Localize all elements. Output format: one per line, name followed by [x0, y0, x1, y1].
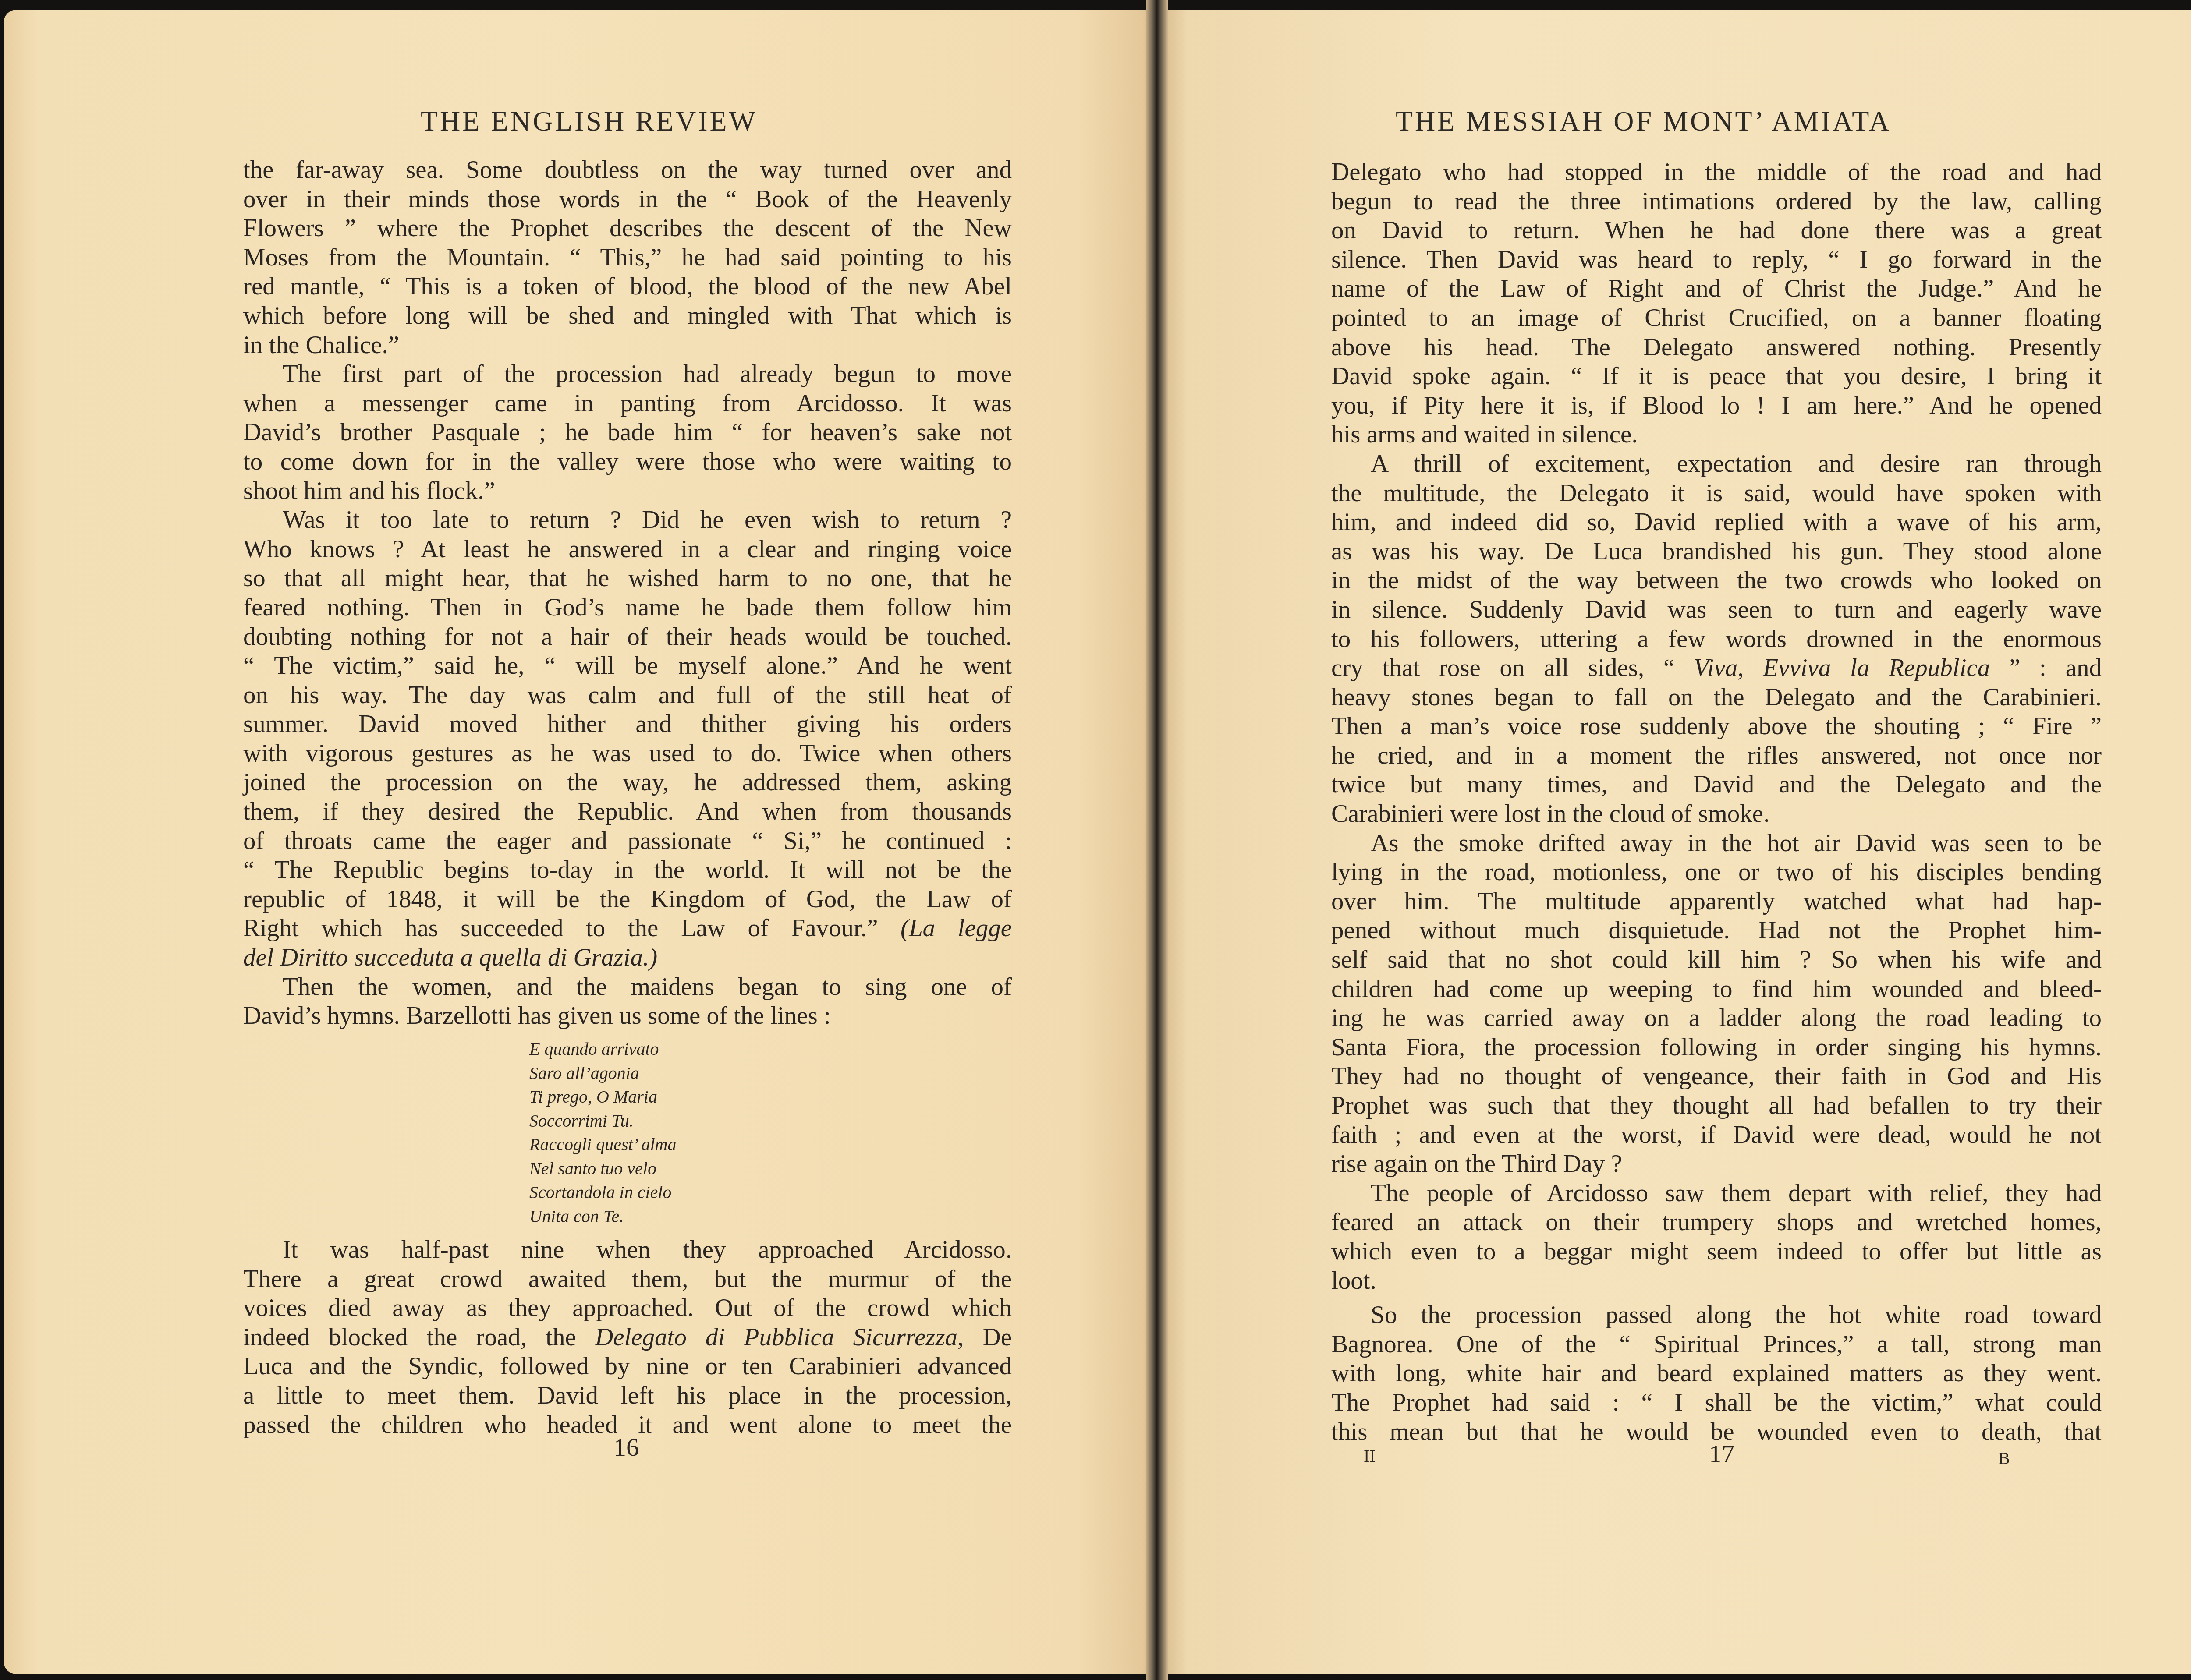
text-line: them, if they desired the Republic. And … [243, 797, 1012, 827]
text-line: he cried, and in a moment the rifles ans… [1331, 741, 2102, 771]
text-line: him, and indeed did so, David replied wi… [1331, 508, 2102, 537]
text-line: voices died away as they approached. Out… [243, 1294, 1012, 1323]
poem-line: Saro all’agonia [529, 1061, 677, 1086]
poem-line: Raccogli quest’ alma [529, 1133, 677, 1157]
text-line: feared an attack on their trumpery shops… [1331, 1208, 2102, 1237]
text-line: Right which has succeeded to the Law of … [243, 914, 1012, 943]
text-line: David spoke again. “ If it is peace that… [1331, 362, 2102, 391]
text-line: name of the Law of Right and of Christ t… [1331, 274, 2102, 304]
running-head-left: THE ENGLISH REVIEW [421, 105, 758, 138]
text-line: a little to meet them. David left his pl… [243, 1381, 1012, 1411]
text-line: of throats came the eager and passionate… [243, 827, 1012, 856]
poem-line: Scortandola in cielo [529, 1181, 677, 1205]
text-line: So the procession passed along the hot w… [1331, 1301, 2102, 1330]
text-line: his arms and waited in silence. [1331, 420, 2102, 449]
text-line: Delegato who had stopped in the middle o… [1331, 158, 2102, 187]
text-line: to his followers, uttering a few words d… [1331, 625, 2102, 654]
text-line: twice but many times, and David and the … [1331, 770, 2102, 799]
text-line: children had come up weeping to find him… [1331, 975, 2102, 1004]
text-line: faith ; and even at the worst, if David … [1331, 1121, 2102, 1150]
running-head-right: THE MESSIAH OF MONT’ AMIATA [1396, 105, 1891, 138]
text-line: pened without much disquietude. Had not … [1331, 916, 2102, 945]
text-line: del Diritto succeduta a quella di Grazia… [243, 943, 1012, 973]
text-line: “ The victim,” said he, “ will be myself… [243, 651, 1012, 681]
poem-line: Nel santo tuo velo [529, 1157, 677, 1181]
text-line: As the smoke drifted away in the hot air… [1331, 829, 2102, 858]
text-line: rise again on the Third Day ? [1331, 1149, 2102, 1179]
text-line: Bagnorea. One of the “ Spiritual Princes… [1331, 1330, 2102, 1359]
text-line: which even to a beggar might seem indeed… [1331, 1237, 2102, 1266]
text-line: republic of 1848, it will be the Kingdom… [243, 885, 1012, 914]
text-line: The first part of the procession had alr… [243, 360, 1012, 389]
poem-line: Unita con Te. [529, 1205, 677, 1229]
text-line: David’s hymns. Barzellotti has given us … [243, 1001, 1012, 1031]
left-body-text-continued: It was half-past nine when they approach… [243, 1235, 1012, 1439]
text-line: David’s brother Pasquale ; he bade him “… [243, 418, 1012, 447]
text-line: red mantle, “ This is a token of blood, … [243, 272, 1012, 301]
signature-mark-left: II [1364, 1446, 1376, 1466]
text-line: lying in the road, motionless, one or tw… [1331, 858, 2102, 887]
text-line: ing he was carried away on a ladder alon… [1331, 1004, 2102, 1033]
text-line: in the Chalice.” [243, 331, 1012, 360]
text-line: begun to read the three intimations orde… [1331, 187, 2102, 216]
text-line: so that all might hear, that he wished h… [243, 564, 1012, 593]
text-line: with vigorous gestures as he was used to… [243, 739, 1012, 768]
text-line: Luca and the Syndic, followed by nine or… [243, 1352, 1012, 1381]
text-line: indeed blocked the road, the Delegato di… [243, 1323, 1012, 1352]
text-line: Santa Fiora, the procession following in… [1331, 1033, 2102, 1062]
text-line: doubting nothing for not a hair of their… [243, 622, 1012, 652]
text-line: on his way. The day was calm and full of… [243, 681, 1012, 710]
text-line: you, if Pity here it is, if Blood lo ! I… [1331, 391, 2102, 421]
text-line: The people of Arcidosso saw them depart … [1331, 1179, 2102, 1208]
text-line: Flowers ” where the Prophet describes th… [243, 214, 1012, 243]
text-line: the far-away sea. Some doubtless on the … [243, 156, 1012, 185]
signature-mark-right: B [1998, 1448, 2010, 1468]
text-line: Who knows ? At least he answered in a cl… [243, 535, 1012, 564]
left-body-text: the far-away sea. Some doubtless on the … [243, 156, 1012, 1031]
poem-line: Ti prego, O Maria [529, 1085, 677, 1109]
text-line: There a great crowd awaited them, but th… [243, 1265, 1012, 1294]
hymn-poem: E quando arrivatoSaro all’agoniaTi prego… [529, 1037, 677, 1228]
text-line: Prophet was such that they thought all h… [1331, 1091, 2102, 1121]
text-line: cry that rose on all sides, “ Viva, Evvi… [1331, 654, 2102, 683]
text-line: self said that no shot could kill him ? … [1331, 945, 2102, 975]
text-line: Was it too late to return ? Did he even … [243, 506, 1012, 535]
text-line: It was half-past nine when they approach… [243, 1235, 1012, 1265]
text-line: as was his way. De Luca brandished his g… [1331, 537, 2102, 566]
text-line: with long, white hair and beard explaine… [1331, 1359, 2102, 1388]
text-line: over him. The multitude apparently watch… [1331, 887, 2102, 916]
folio-right: 17 [1709, 1439, 1734, 1468]
text-line: when a messenger came in panting from Ar… [243, 389, 1012, 418]
text-line: “ The Republic begins to-day in the worl… [243, 856, 1012, 885]
text-line: joined the procession on the way, he add… [243, 768, 1012, 797]
poem-line: E quando arrivato [529, 1037, 677, 1061]
text-line: shoot him and his flock.” [243, 477, 1012, 506]
text-line: Then the women, and the maidens began to… [243, 973, 1012, 1002]
text-line: loot. [1331, 1266, 2102, 1296]
text-line: on David to return. When he had done the… [1331, 216, 2102, 245]
right-body-text: Delegato who had stopped in the middle o… [1331, 158, 2102, 1447]
text-line: summer. David moved hither and thither g… [243, 710, 1012, 739]
text-line: Then a man’s voice rose suddenly above t… [1331, 712, 2102, 741]
text-line: heavy stones began to fall on the Delega… [1331, 683, 2102, 712]
text-line: Carabinieri were lost in the cloud of sm… [1331, 799, 2102, 829]
text-line: The Prophet had said : “ I shall be the … [1331, 1388, 2102, 1418]
text-line: over in their minds those words in the “… [243, 185, 1012, 214]
text-line: in the midst of the way between the two … [1331, 566, 2102, 595]
text-line: in silence. Suddenly David was seen to t… [1331, 595, 2102, 625]
text-line: which before long will be shed and mingl… [243, 301, 1012, 331]
text-line: pointed to an image of Christ Crucified,… [1331, 304, 2102, 333]
text-line: above his head. The Delegato answered no… [1331, 333, 2102, 362]
text-line: the multitude, the Delegato it is said, … [1331, 479, 2102, 508]
text-line: Moses from the Mountain. “ This,” he had… [243, 243, 1012, 272]
poem-line: Soccorrimi Tu. [529, 1109, 677, 1133]
folio-left: 16 [613, 1432, 639, 1462]
text-line: They had no thought of vengeance, their … [1331, 1062, 2102, 1091]
text-line: A thrill of excitement, expectation and … [1331, 449, 2102, 479]
text-line: feared nothing. Then in God’s name he ba… [243, 593, 1012, 622]
text-line: silence. Then David was heard to reply, … [1331, 245, 2102, 275]
book-spine-gutter [1146, 0, 1168, 1680]
text-line: to come down for in the valley were thos… [243, 447, 1012, 477]
